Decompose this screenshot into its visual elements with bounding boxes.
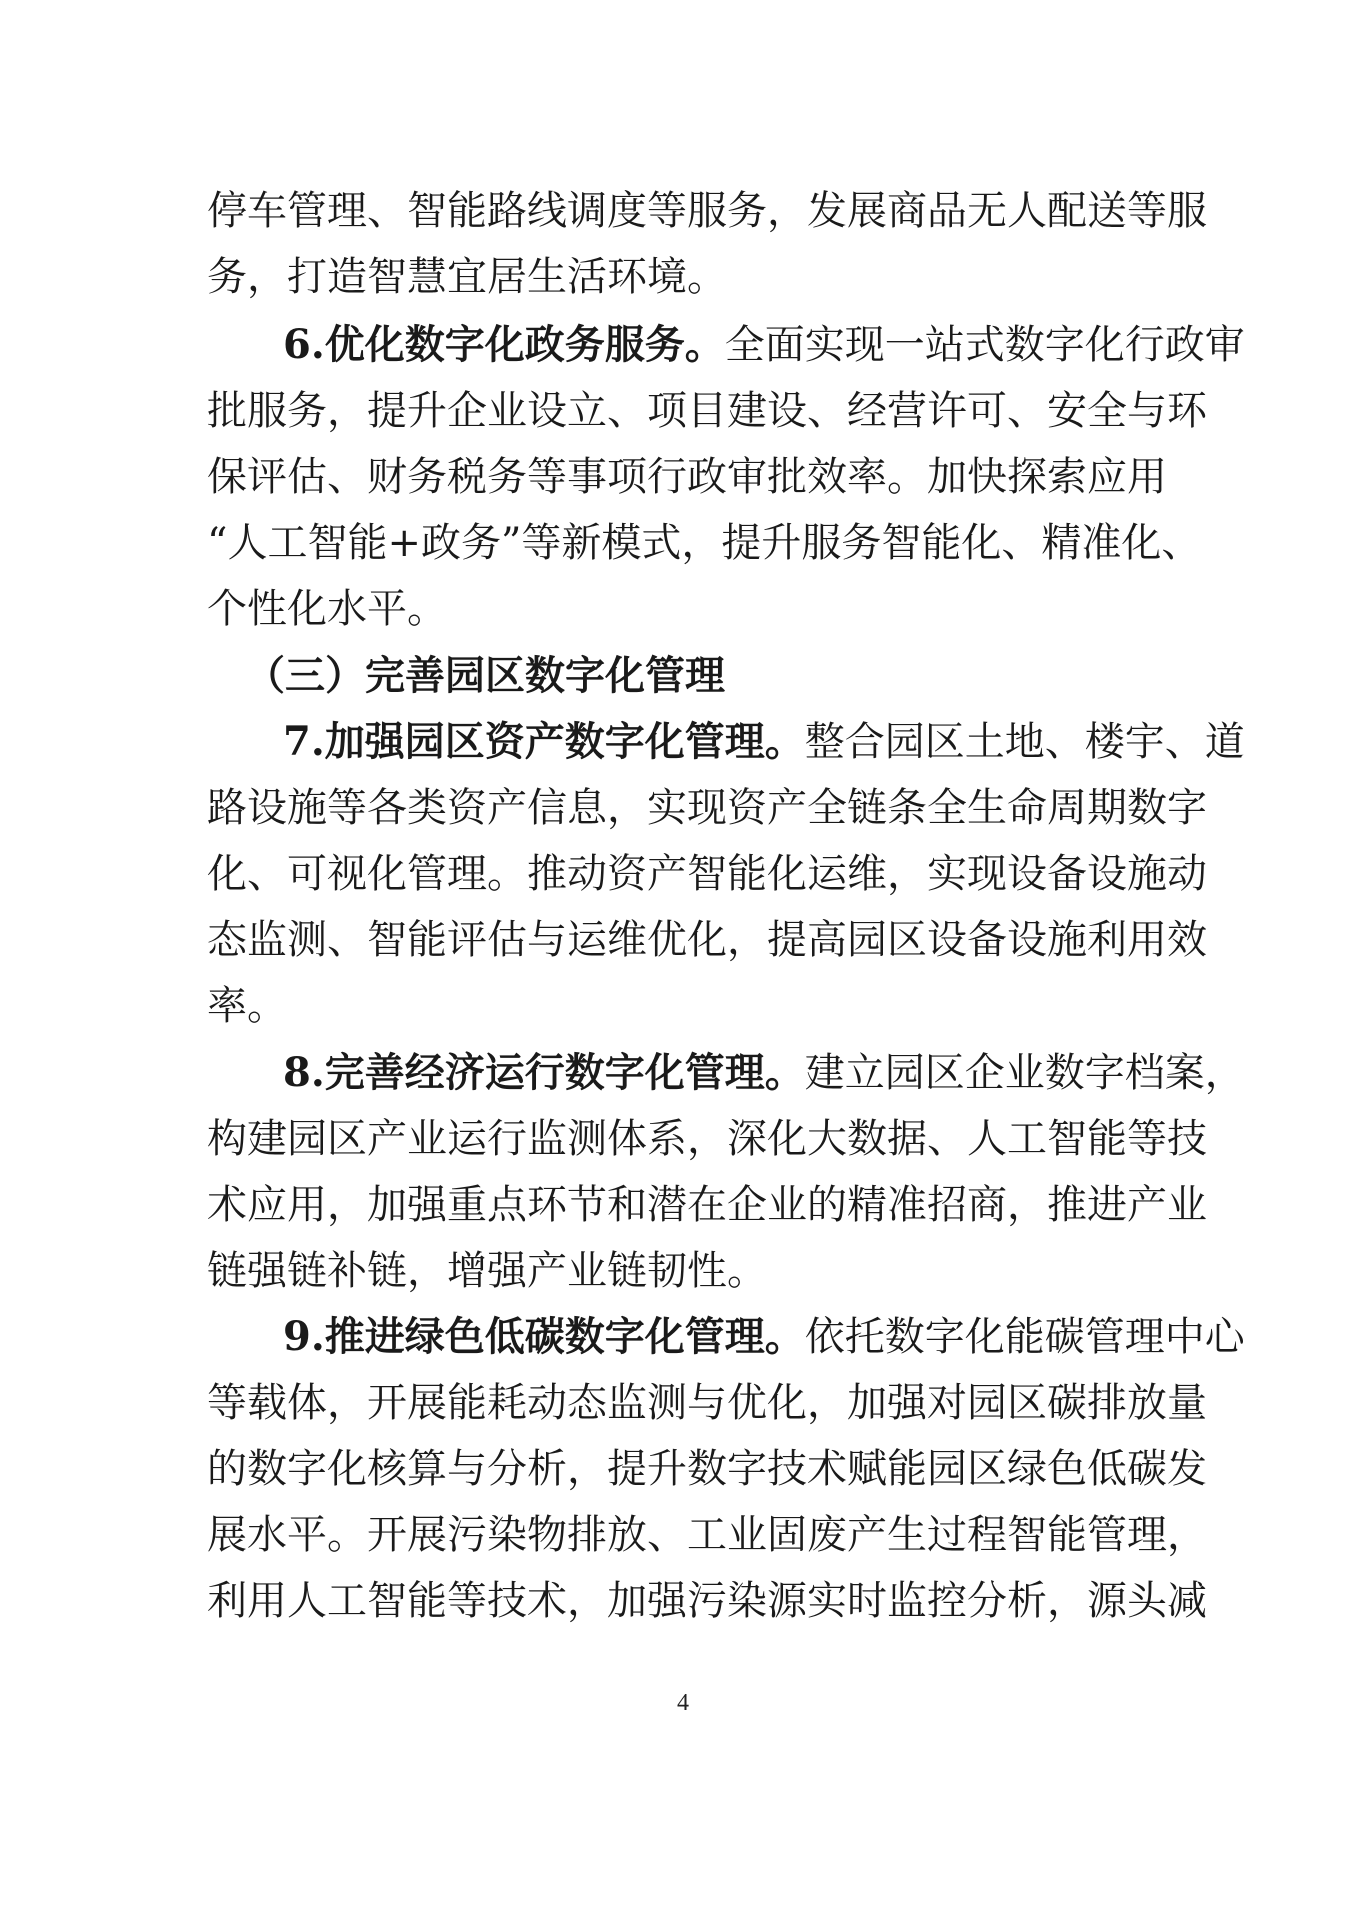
paragraph-line: 路设施等各类资产信息，实现资产全链条全生命周期数字 — [207, 775, 1167, 841]
paragraph-line: 术应用，加强重点环节和潜在企业的精准招商，推进产业 — [207, 1172, 1167, 1238]
item-9-first-line: 9.推进绿色低碳数字化管理。依托数字化能碳管理中心 — [283, 1304, 1167, 1370]
item-7-first-line: 7.加强园区资产数字化管理。整合园区土地、楼宇、道 — [283, 709, 1167, 775]
paragraph-line: 停车管理、智能路线调度等服务，发展商品无人配送等服 — [207, 178, 1167, 244]
paragraph-line: 的数字化核算与分析，提升数字技术赋能园区绿色低碳发 — [207, 1436, 1167, 1502]
item-9-text: 依托数字化能碳管理中心 — [805, 1314, 1245, 1360]
paragraph-line: 个性化水平。 — [207, 576, 1167, 642]
paragraph-line: “人工智能+政务”等新模式，提升服务智能化、精准化、 — [207, 510, 1167, 576]
document-page: 停车管理、智能路线调度等服务，发展商品无人配送等服 务，打造智慧宜居生活环境。 … — [0, 0, 1366, 1932]
item-8-title: 8.完善经济运行数字化管理。 — [283, 1049, 805, 1096]
section-heading: （三）完善园区数字化管理 — [245, 643, 1145, 709]
paragraph-line: 批服务，提升企业设立、项目建设、经营许可、安全与环 — [207, 378, 1167, 444]
item-6-first-line: 6.优化数字化政务服务。全面实现一站式数字化行政审 — [283, 312, 1167, 378]
paragraph-line: 利用人工智能等技术，加强污染源实时监控分析，源头减 — [207, 1568, 1167, 1634]
page-number: 4 — [0, 1688, 1366, 1718]
paragraph-line: 等载体，开展能耗动态监测与优化，加强对园区碳排放量 — [207, 1370, 1167, 1436]
paragraph-line: 链强链补链，增强产业链韧性。 — [207, 1238, 1167, 1304]
item-7-text: 整合园区土地、楼宇、道 — [805, 719, 1245, 765]
paragraph-line: 率。 — [207, 973, 1167, 1039]
item-7-title: 7.加强园区资产数字化管理。 — [283, 718, 805, 765]
item-6-title: 6.优化数字化政务服务。 — [283, 321, 725, 368]
paragraph-line: 化、可视化管理。推动资产智能化运维，实现设备设施动 — [207, 841, 1167, 907]
paragraph-line: 务，打造智慧宜居生活环境。 — [207, 244, 1167, 310]
item-8-text: 建立园区企业数字档案， — [805, 1050, 1245, 1096]
paragraph-line: 态监测、智能评估与运维优化，提高园区设备设施利用效 — [207, 907, 1167, 973]
paragraph-line: 构建园区产业运行监测体系，深化大数据、人工智能等技 — [207, 1106, 1167, 1172]
item-6-text: 全面实现一站式数字化行政审 — [725, 322, 1245, 368]
paragraph-line: 保评估、财务税务等事项行政审批效率。加快探索应用 — [207, 444, 1167, 510]
item-8-first-line: 8.完善经济运行数字化管理。建立园区企业数字档案， — [283, 1040, 1167, 1106]
paragraph-line: 展水平。开展污染物排放、工业固废产生过程智能管理， — [207, 1502, 1167, 1568]
item-9-title: 9.推进绿色低碳数字化管理。 — [283, 1313, 805, 1360]
